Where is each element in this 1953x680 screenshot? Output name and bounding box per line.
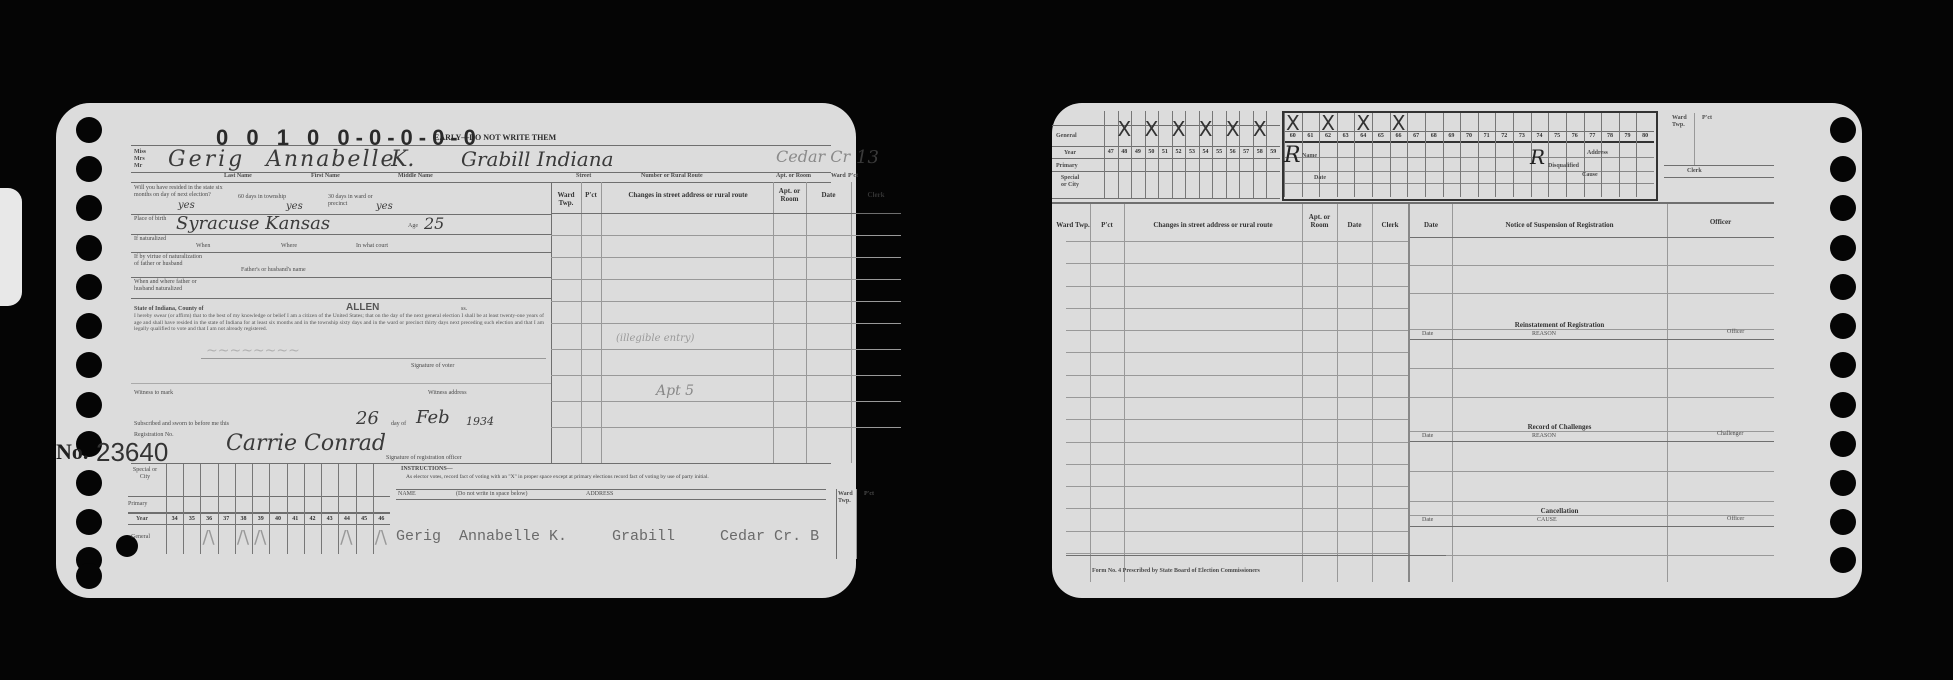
oath-ss: ss. (461, 306, 467, 313)
year-number: 38 (235, 516, 252, 522)
year-number: 59 (1266, 149, 1280, 155)
year-number: 55 (1212, 149, 1226, 155)
row-label-general: General (131, 534, 150, 541)
label-apt: Apt. or Room (776, 173, 811, 180)
punch-hole (1830, 352, 1856, 378)
punch-hole (1830, 470, 1856, 496)
year-number: 53 (1185, 149, 1199, 155)
year-number: 39 (252, 516, 269, 522)
label-middle-name: Middle Name (398, 173, 433, 180)
year-number: 75 (1548, 133, 1566, 139)
table-row-line (1066, 442, 1408, 443)
label-signature-voter: Signature of voter (411, 363, 454, 370)
vote-column (321, 464, 339, 554)
table-row-line (1066, 531, 1408, 532)
year-number: 73 (1513, 133, 1531, 139)
year-number: 52 (1172, 149, 1186, 155)
label-first-name: First Name (311, 173, 340, 180)
punch-hole (1830, 509, 1856, 535)
year-number: 65 (1372, 133, 1390, 139)
challenges-challenger: Challenger (1717, 431, 1743, 438)
vote-mark: X (1145, 117, 1159, 141)
row-label-year: Year (136, 516, 148, 523)
table-row-line (1066, 508, 1408, 509)
label-father-when-where: When and where father or husband natural… (134, 279, 214, 293)
col-apt-room: Apt. or Room (773, 187, 806, 203)
punch-hole (1830, 547, 1856, 573)
year-number: 36 (200, 516, 217, 522)
col-clerk: Clerk (1372, 221, 1408, 229)
label-day-of: day of (391, 421, 406, 428)
vote-column (269, 464, 287, 554)
label-clerk-back: Clerk (1687, 168, 1702, 175)
q-township: 60 days in township (238, 194, 298, 201)
label-age: Age (408, 223, 418, 230)
typed-name-address: Gerig Annabelle K. Grabill Cedar Cr. B (396, 528, 819, 545)
punch-hole (1830, 235, 1856, 261)
middle-name-value: K. (391, 147, 414, 172)
vote-mark: /\ (237, 526, 249, 550)
label-birthplace: Place of birth (134, 216, 174, 223)
table-row-line (1066, 286, 1408, 287)
table-row-line (1066, 352, 1408, 353)
label-ward: Ward (831, 173, 846, 180)
col-pct: P'ct (581, 191, 601, 199)
vote-mark: /\ (340, 526, 352, 550)
vote-mark: X (1356, 111, 1370, 135)
year-number: 46 (373, 516, 390, 522)
a-state-residence: yes (178, 200, 195, 211)
year-number: 37 (218, 516, 235, 522)
year-number: 49 (1131, 149, 1145, 155)
year-number: 54 (1199, 149, 1213, 155)
year-number: 71 (1478, 133, 1496, 139)
vote-column (1513, 113, 1532, 197)
registration-prefix: No. (56, 439, 88, 465)
year-number: 45 (356, 516, 373, 522)
label-address: ADDRESS (586, 491, 613, 498)
table-row-line (1066, 263, 1408, 264)
label-no-write: (Do not write in space below) (456, 491, 527, 498)
row-label-special-city: Special or City (1058, 175, 1082, 189)
col-apt-room: Apt. or Room (1302, 213, 1337, 229)
last-name-value: Gerig (168, 147, 245, 172)
label-father-name: Father's or husband's name (241, 267, 306, 274)
vote-mark: /\ (202, 526, 214, 550)
vote-column (356, 464, 374, 554)
vote-mark: /\ (254, 526, 266, 550)
title-miss: Miss (134, 149, 146, 156)
scanner-tab (0, 188, 22, 306)
voter-signature: ~~~~~~~~ (206, 343, 300, 359)
apt-value: Cedar Cr (776, 147, 850, 166)
year-number: 47 (1104, 149, 1118, 155)
year-number: 72 (1495, 133, 1513, 139)
col-changes-address: Changes in street address or rural route (1124, 221, 1302, 229)
label-inner-name: Name (1302, 153, 1317, 160)
label-where: Where (281, 243, 297, 250)
col-date: Date (1337, 221, 1372, 229)
handwritten-r-mark: R (1284, 143, 1301, 168)
punch-hole (76, 313, 102, 339)
punch-hole (76, 274, 102, 300)
vote-column (287, 464, 305, 554)
label-witness-address: Witness address (428, 390, 467, 397)
label-witness-mark: Witness to mark (134, 390, 173, 397)
row-label-primary: Primary (1056, 163, 1078, 170)
subscribed-year: 1934 (466, 415, 494, 428)
label-father-naturalization: If by virtue of naturalization of father… (134, 254, 204, 268)
year-number: 56 (1226, 149, 1240, 155)
year-number: 44 (338, 516, 355, 522)
col-date: Date (806, 191, 851, 199)
year-number: 76 (1566, 133, 1584, 139)
suspension-officer: Officer (1667, 218, 1774, 226)
label-officer-signature: Signature of registration officer (386, 455, 462, 462)
col-ward-twp: Ward Twp. (1056, 221, 1090, 229)
reinstatement-date: Date (1422, 331, 1433, 338)
punch-hole (1830, 195, 1856, 221)
vote-column (1407, 113, 1426, 197)
label-inner-date: Date (1314, 175, 1326, 182)
birthplace-value: Syracuse Kansas (176, 213, 330, 234)
label-ward-twp-back: Ward Twp. (1672, 115, 1686, 129)
vote-column (1636, 113, 1655, 197)
label-number-rural: Number or Rural Route (641, 173, 703, 180)
label-inner-address: Address (1587, 150, 1608, 157)
label-naturalized: If naturalized (134, 236, 184, 243)
year-number: 70 (1460, 133, 1478, 139)
vote-mark: X (1253, 117, 1267, 141)
vote-column (1425, 113, 1444, 197)
table-row-line (1066, 330, 1408, 331)
age-value: 25 (424, 214, 444, 233)
q-state-residence: Will you have resided in the state six m… (134, 185, 224, 199)
subscribed-month: Feb (416, 407, 450, 428)
vote-mark: X (1321, 111, 1335, 135)
label-pct-bottom: P'ct (864, 491, 874, 498)
row-label-general: General (1056, 133, 1077, 140)
year-number: 79 (1619, 133, 1637, 139)
year-number: 43 (321, 516, 338, 522)
label-inner-cause: Cause (1582, 172, 1598, 179)
year-number: 48 (1118, 149, 1132, 155)
suspension-date: Date (1410, 221, 1452, 229)
vote-mark: X (1172, 117, 1186, 141)
cancellation-date: Date (1422, 517, 1433, 524)
punch-hole (76, 195, 102, 221)
year-number: 77 (1584, 133, 1602, 139)
oath-state-line: State of Indiana, County of (134, 306, 204, 313)
subscribed-day: 26 (356, 408, 379, 429)
year-number: 67 (1407, 133, 1425, 139)
vote-column (1548, 113, 1567, 197)
punch-hole (76, 509, 102, 535)
form-footer: Form No. 4 Prescribed by State Board of … (1092, 568, 1260, 575)
year-number: 69 (1443, 133, 1461, 139)
header-notice: EARLY—DO NOT WRITE THEM (434, 133, 556, 142)
col-changes-address: Changes in street address or rural route (603, 191, 773, 199)
voter-registration-card-back: General Year Primary Special or City 474… (1052, 103, 1862, 598)
officer-signature: Carrie Conrad (226, 431, 386, 456)
punch-hole (76, 117, 102, 143)
vote-mark: X (1286, 111, 1300, 135)
reinstatement-reason: REASON (1532, 331, 1556, 338)
year-number: 34 (166, 516, 183, 522)
subscribed-text: Subscribed and sworn to before me this (134, 421, 229, 428)
vote-mark: X (1226, 117, 1240, 141)
challenges-date: Date (1422, 433, 1433, 440)
table-row-line (1066, 486, 1408, 487)
vote-mark: /\ (375, 526, 387, 550)
table-row-line (1066, 308, 1408, 309)
voting-record-grid-back-left: 4748X4950X5152X5354X5556X5758X59 (1104, 125, 1280, 198)
first-name-value: Annabelle (266, 147, 396, 172)
label-inner-disqualified: Disqualified (1548, 163, 1579, 170)
label-court: In what court (356, 243, 388, 250)
vote-column (218, 464, 236, 554)
voting-record-grid-front: 343536/\3738/\39/\4041424344/\4546/\ (166, 464, 390, 554)
year-number: 42 (304, 516, 321, 522)
cancellation-officer: Officer (1727, 516, 1744, 523)
punch-hole (76, 352, 102, 378)
table-row-line (1066, 553, 1408, 554)
row-label-primary: Primary (128, 501, 147, 508)
row-label-year: Year (1064, 150, 1076, 157)
punch-hole (76, 235, 102, 261)
table-row-line (1066, 419, 1408, 420)
change-entry-illegible: (illegible entry) (616, 333, 694, 344)
street-value: Grabill Indiana (461, 147, 614, 171)
challenges-title: Record of Challenges (1452, 423, 1667, 431)
label-when: When (196, 243, 210, 250)
title-mrs: Mrs (134, 156, 145, 163)
year-number: 50 (1145, 149, 1159, 155)
a-ward: yes (376, 201, 393, 212)
a-township: yes (286, 201, 303, 212)
punch-hole (1830, 392, 1856, 418)
county-value: ALLEN (346, 302, 379, 313)
suspension-title: Notice of Suspension of Registration (1452, 221, 1667, 229)
ward-value: 13 (856, 147, 879, 168)
cancellation-title: Cancellation (1452, 507, 1667, 515)
voter-registration-card-front: 0 0 1 0 0-0-0-0-0 EARLY—DO NOT WRITE THE… (56, 103, 856, 598)
vote-column (1495, 113, 1514, 197)
reinstatement-title: Reinstatement of Registration (1452, 321, 1667, 329)
col-clerk: Clerk (851, 191, 901, 199)
label-pct-back: P'ct (1702, 115, 1712, 122)
vote-mark: X (1199, 117, 1213, 141)
year-number: 58 (1253, 149, 1267, 155)
label-ward-twp: Ward Twp. (838, 491, 852, 505)
table-row-line (1066, 375, 1408, 376)
challenges-reason: REASON (1532, 433, 1556, 440)
label-street: Street (576, 173, 591, 180)
year-number: 41 (287, 516, 304, 522)
col-pct: P'ct (1090, 221, 1124, 229)
punch-hole (76, 156, 102, 182)
instructions-text: As elector votes, record fact of voting … (406, 474, 826, 481)
reinstatement-officer: Officer (1727, 329, 1744, 336)
instructions-title: INSTRUCTIONS— (401, 466, 453, 473)
table-row-line (1066, 241, 1408, 242)
year-number: 35 (183, 516, 200, 522)
vote-column (183, 464, 201, 554)
changes-table-rows (1052, 241, 1408, 581)
vote-column (1566, 113, 1585, 197)
vote-column (1460, 113, 1479, 197)
row-label-special-city: Special or City (130, 467, 160, 481)
vote-mark: X (1118, 117, 1132, 141)
col-ward-twp: Ward Twp. (551, 191, 581, 207)
vote-mark: X (1392, 111, 1406, 135)
vote-column (304, 464, 322, 554)
vote-column (1478, 113, 1497, 197)
punch-hole (1830, 431, 1856, 457)
punch-hole (1830, 313, 1856, 339)
table-row-line (1066, 397, 1408, 398)
punch-hole (76, 563, 102, 589)
label-pct: P'ct (848, 173, 858, 180)
year-number: 40 (269, 516, 286, 522)
vote-column (1443, 113, 1462, 197)
handwritten-r-mark: R (1530, 145, 1545, 169)
year-number: 80 (1636, 133, 1654, 139)
punch-hole (1830, 274, 1856, 300)
year-number: 57 (1239, 149, 1253, 155)
vote-column (1337, 113, 1356, 197)
year-number: 78 (1601, 133, 1619, 139)
vote-column (1372, 113, 1391, 197)
punch-hole (76, 470, 102, 496)
year-number: 68 (1425, 133, 1443, 139)
vote-column (166, 464, 184, 554)
punch-hole (76, 392, 102, 418)
change-entry-apt: Apt 5 (656, 383, 694, 399)
year-number: 74 (1531, 133, 1549, 139)
punch-hole (1830, 117, 1856, 143)
table-row-line (1066, 464, 1408, 465)
year-number: 51 (1158, 149, 1172, 155)
label-name: NAME (398, 491, 416, 498)
cancellation-cause: CAUSE (1537, 517, 1557, 524)
title-mr: Mr (134, 163, 142, 170)
year-number: 61 (1302, 133, 1320, 139)
vote-column (1619, 113, 1638, 197)
punch-hole (1830, 156, 1856, 182)
oath-text: I hereby swear (or affirm) that to the b… (134, 313, 544, 333)
label-last-name: Last Name (224, 173, 252, 180)
year-number: 63 (1337, 133, 1355, 139)
